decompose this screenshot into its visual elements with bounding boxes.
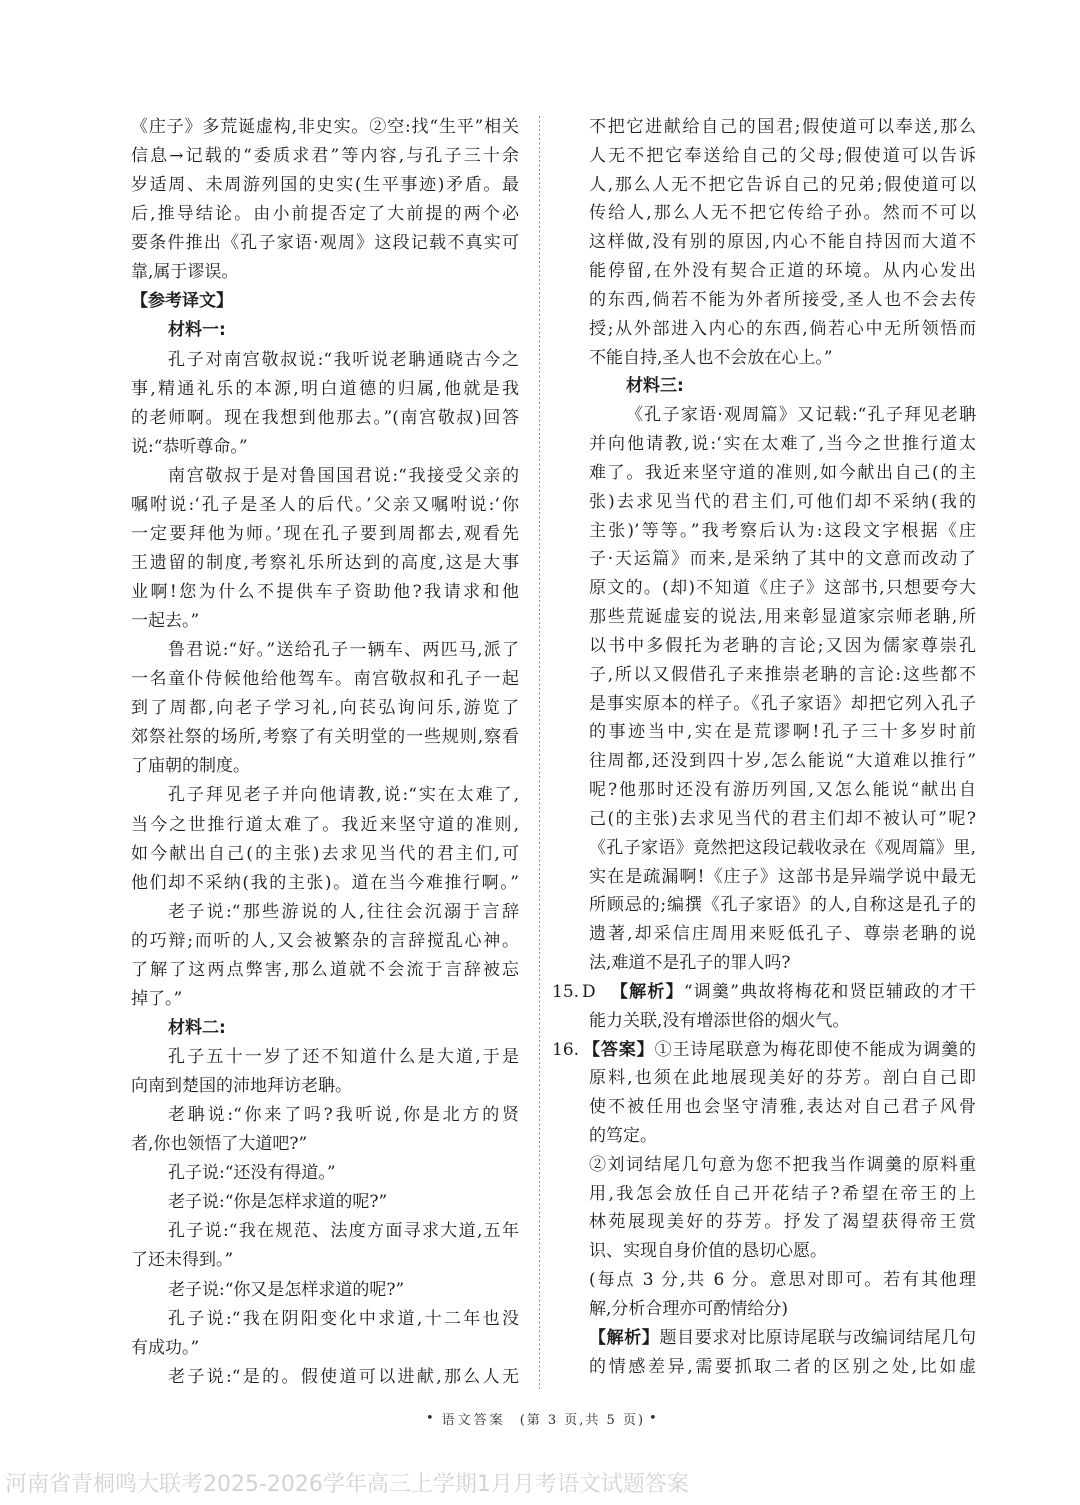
text-line: ①王诗尾联意为梅花即使不能成为调羹的 [655, 1040, 976, 1060]
material-2-paragraph: 孔子说:“还没有得道。” [131, 1159, 519, 1188]
text-line: 呢?他那时还没有游历列国,又怎么能说“献出自 [589, 776, 976, 805]
analysis-first-line: 【解析】题目要求对比原诗尾联与改编词结尾几句 [589, 1324, 976, 1353]
page-footer: • 语文答案 (第 3 页,共 5 页) • [426, 1408, 657, 1428]
text-line: 如今献出自己(的主张)去求见当代的君主们,可 [131, 840, 519, 869]
text-line: 靠,属于谬误。 [131, 258, 519, 287]
page-number: (第 3 页,共 5 页) [520, 1409, 645, 1428]
text-line: 授;从外部进入内心的东西,倘若心中无所领悟而 [589, 315, 976, 344]
text-line: 孔子五十一岁了还不知道什么是大道,于是 [131, 1043, 519, 1072]
scoring-note-line: 解,分析合理亦可酌情给分) [589, 1295, 976, 1324]
question-16: 16.【答案】①王诗尾联意为梅花即使不能成为调羹的 原料,也须在此地展现美好的芬… [589, 1036, 976, 1382]
text-line: 《孔子家语·观周篇》又记载:“孔子拜见老聃 [589, 401, 976, 430]
text-line: 老子说:“那些游说的人,往往会沉溺于言辞 [131, 898, 519, 927]
text-line: 张)去求见当代的君主们,可他们却不采纳(我的 [589, 488, 976, 517]
text-line: 不把它进献给自己的国君;假使道可以奉送,那么 [589, 113, 976, 142]
text-line: 孔子说:“还没有得道。” [131, 1159, 519, 1188]
material-2-paragraph: 老子说:“你是怎样求道的呢?” [131, 1188, 519, 1217]
watermark: 河南省青桐鸣大联考2025-2026学年高三上学期1月月考语文试题答案 [5, 1473, 689, 1497]
material-2-paragraph: 老子说:“是的。假使道可以进献,那么人无 [131, 1363, 519, 1392]
text-line: 所顾忌的;编撰《孔子家语》的人,自称这是孔子的 [589, 891, 976, 920]
text-line: 他们却不采纳(我的主张)。道在当今难推行啊。” [131, 869, 519, 898]
translation-heading: 【参考译文】 [131, 287, 519, 316]
question-15: 15.D【解析】“调羹”典故将梅花和贤臣辅政的才干 能力关联,没有增添世俗的烟火… [589, 978, 976, 1036]
text-line: 孔子说:“我在规范、法度方面寻求大道,五年 [131, 1217, 519, 1246]
text-line: 实在是疏漏啊!《庄子》这部书是异端学说中最无 [589, 863, 976, 892]
material-3-paragraph: 《孔子家语·观周篇》又记载:“孔子拜见老聃 并向他请教,说:‘实在太难了,当今之… [589, 401, 976, 978]
text-line: 事,精通礼乐的本源,明白道德的归属,他就是我 [131, 375, 519, 404]
text-line: 能停留,在外没有契合正道的环境。从内心发出 [589, 257, 976, 286]
material-1-paragraph: 老子说:“那些游说的人,往往会沉溺于言辞 的巧辩;而听的人,又会被繁杂的言辞搅乱… [131, 898, 519, 1014]
text-line: 一名童仆侍候他给他驾车。南宫敬叔和孔子一起 [131, 665, 519, 694]
text-line: 林苑展现美好的芬芳。抒发了渴望获得帝王赏 [589, 1208, 976, 1237]
text-line: 人,那么人无不把它告诉自己的兄弟;假使道可以 [589, 171, 976, 200]
text-line: 法,难道不是孔子的罪人吗? [589, 949, 976, 978]
text-line: 遗著,却采信庄周用来贬低孔子、尊崇老聃的说 [589, 920, 976, 949]
text-line: “调羹”典故将梅花和贤臣辅政的才干 [684, 982, 976, 1002]
text-line: 了庙朝的制度。 [131, 752, 519, 781]
text-line: 业啊!您为什么不提供车子资助他?我请求和他 [131, 578, 519, 607]
material-2-paragraph: 孔子说:“我在规范、法度方面寻求大道,五年 了还未得到。” [131, 1217, 519, 1275]
text-line: 人无不把它奉送给自己的父母;假使道可以告诉 [589, 142, 976, 171]
text-line: 郊祭社祭的场所,考察了有关明堂的一些规则,察看 [131, 723, 519, 752]
text-line: 题目要求对比原诗尾联与改编词结尾几句 [659, 1328, 976, 1348]
text-line: 的情感差异,需要抓取二者的区别之处,比如虚 [589, 1353, 976, 1382]
text-line: 到了周都,向老子学习礼,向苌弘询问乐,游览了 [131, 694, 519, 723]
text-line: 向南到楚国的沛地拜访老聃。 [131, 1072, 519, 1101]
text-line: 《庄子》多荒诞虚构,非史实。②空:找“生平”相关 [131, 113, 519, 142]
text-line: 说:“恭听尊命。” [131, 433, 519, 462]
answer-label: 【答案】 [582, 1040, 655, 1060]
text-line: 难了。我近来坚守道的准则,如今献出自己(的主 [589, 459, 976, 488]
material-1-heading: 材料一: [131, 316, 519, 345]
text-line: 己(的主张)去求见当代的君主们却不被认可”呢? [589, 805, 976, 834]
text-line: ②刘词结尾几句意为您不把我当作调羹的原料重 [589, 1151, 976, 1180]
text-line: 不能自持,圣人也不会放在心上。” [589, 344, 976, 373]
text-line: 的老师啊。现在我想到他那去。”(南宫敬叔)回答 [131, 404, 519, 433]
scoring-note-line: (每点 3 分,共 6 分。意思对即可。若有其他理 [589, 1266, 976, 1295]
text-line: 孔子对南宫敬叔说:“我听说老聃通晓古今之 [131, 346, 519, 375]
text-line: 老子说:“你又是怎样求道的呢?” [131, 1276, 519, 1305]
text-line: 的笃定。 [589, 1122, 976, 1151]
material-1-paragraph: 南宫敬叔于是对鲁国国君说:“我接受父亲的 嘱咐说:‘孔子是圣人的后代。’父亲又嘱… [131, 462, 519, 636]
text-line: 识、实现自身价值的恳切心愿。 [589, 1237, 976, 1266]
text-line: 的东西,倘若不能为外者所接受,圣人也不会去传 [589, 286, 976, 315]
text-line: 信息→记载的“委质求君”等内容,与孔子三十余 [131, 142, 519, 171]
text-line: 并向他请教,说:‘实在太难了,当今之世推行道太 [589, 430, 976, 459]
text-line: 南宫敬叔于是对鲁国国君说:“我接受父亲的 [131, 462, 519, 491]
analysis-label: 【解析】 [610, 982, 684, 1002]
material-1-paragraph: 孔子对南宫敬叔说:“我听说老聃通晓古今之 事,精通礼乐的本源,明白道德的归属,他… [131, 346, 519, 462]
material-1-paragraph: 鲁君说:“好。”送给孔子一辆车、两匹马,派了 一名童仆侍候他给他驾车。南宫敬叔和… [131, 636, 519, 781]
text-line: 老聃说:“你来了吗?我听说,你是北方的贤 [131, 1101, 519, 1130]
material-2-heading: 材料二: [131, 1014, 519, 1043]
text-line: 用,我怎会放任自己开花结子?希望在帝王的上 [589, 1180, 976, 1209]
question-16-first-line: 16.【答案】①王诗尾联意为梅花即使不能成为调羹的 [552, 1036, 976, 1065]
answer-choice: D [582, 982, 596, 1002]
text-line: 岁适周、未周游列国的史实(生平事迹)矛盾。最 [131, 171, 519, 200]
material-2-paragraph: 老子说:“你又是怎样求道的呢?” [131, 1276, 519, 1305]
material-2-paragraph: 孔子说:“我在阴阳变化中求道,十二年也没 有成功。” [131, 1305, 519, 1363]
text-line: 那些荒诞虚妄的说法,用来彰显道家宗师老聃,所 [589, 603, 976, 632]
text-line: 有成功。” [131, 1334, 519, 1363]
text-line: 鲁君说:“好。”送给孔子一辆车、两匹马,派了 [131, 636, 519, 665]
text-line: 《孔子家语》竟然把这段记载收录在《观周篇》里, [589, 834, 976, 863]
text-line: 原文的。(却)不知道《庄子》这部书,只想要夸大 [589, 574, 976, 603]
text-line: 主张)’等等。”我考察后认为:这段文字根据《庄 [589, 517, 976, 546]
text-line: 使不被任用也会坚守清雅,表达对自己君子风骨 [589, 1093, 976, 1122]
text-line: 一定要拜他为师。’现在孔子要到周都去,观看先 [131, 520, 519, 549]
text-line: 了解了这两点弊害,那么道就不会流于言辞被忘 [131, 956, 519, 985]
text-line: 以书中多假托为老聃的言论;又因为儒家尊崇孔 [589, 632, 976, 661]
text-line: 往周都,还没到四十岁,怎么能说“大道难以推行” [589, 747, 976, 776]
text-line: 要条件推出《孔子家语·观周》这段记载不真实可 [131, 229, 519, 258]
footer-subject: 语文答案 [442, 1409, 506, 1428]
analysis-label: 【解析】 [589, 1328, 659, 1348]
material-2-paragraph: 老聃说:“你来了吗?我听说,你是北方的贤 者,你也领悟了大道吧?” [131, 1101, 519, 1159]
question-15-first-line: 15.D【解析】“调羹”典故将梅花和贤臣辅政的才干 [552, 978, 976, 1007]
text-line: 能力关联,没有增添世俗的烟火气。 [589, 1007, 976, 1036]
text-line: 当今之世推行道太难了。我近来坚守道的准则, [131, 811, 519, 840]
material-2-paragraph-continued: 不把它进献给自己的国君;假使道可以奉送,那么 人无不把它奉送给自己的父母;假使道… [589, 113, 976, 372]
text-line: 子·天运篇》而来,是采纳了其中的文意而改动了 [589, 545, 976, 574]
left-column: 《庄子》多荒诞虚构,非史实。②空:找“生平”相关 信息→记载的“委质求君”等内容… [131, 113, 519, 1392]
text-line: 孔子说:“我在阴阳变化中求道,十二年也没 [131, 1305, 519, 1334]
question-number: 16. [552, 1040, 579, 1060]
text-line: 后,推导结论。由小前提否定了大前提的两个必 [131, 200, 519, 229]
text-line: 的巧辩;而听的人,又会被繁杂的言辞搅乱心神。 [131, 927, 519, 956]
text-line: 子,所以又假借孔子来推崇老聃的言论:这些都不 [589, 661, 976, 690]
material-1-paragraph: 孔子拜见老子并向他请教,说:“实在太难了, 当今之世推行道太难了。我近来坚守道的… [131, 781, 519, 897]
right-column: 不把它进献给自己的国君;假使道可以奉送,那么 人无不把它奉送给自己的父母;假使道… [589, 113, 976, 1381]
text-line: 的事迹当中,实在是荒谬啊!孔子三十多岁时前 [589, 718, 976, 747]
bullet-icon: • [649, 1411, 657, 1426]
text-line: 这样做,没有别的原因,内心不能自持因而大道不 [589, 228, 976, 257]
text-line: 孔子拜见老子并向他请教,说:“实在太难了, [131, 781, 519, 810]
text-line: 老子说:“是的。假使道可以进献,那么人无 [131, 1363, 519, 1392]
text-line: 传给人,那么人无不把它传给子孙。然而不可以 [589, 199, 976, 228]
text-line: 嘱咐说:‘孔子是圣人的后代。’父亲又嘱咐说:‘你 [131, 491, 519, 520]
analysis-continuation: 《庄子》多荒诞虚构,非史实。②空:找“生平”相关 信息→记载的“委质求君”等内容… [131, 113, 519, 287]
text-line: 原料,也须在此地展现美好的芬芳。剖白自己即 [589, 1064, 976, 1093]
text-line: 老子说:“你是怎样求道的呢?” [131, 1188, 519, 1217]
material-3-heading: 材料三: [589, 372, 976, 401]
text-line: 者,你也领悟了大道吧?” [131, 1130, 519, 1159]
text-line: 是事实原本的样子。《孔子家语》却把它列入孔子 [589, 690, 976, 719]
bullet-icon: • [426, 1411, 434, 1426]
question-number: 15. [552, 982, 579, 1002]
text-line: 了还未得到。” [131, 1246, 519, 1275]
text-line: 掉了。” [131, 985, 519, 1014]
text-line: 一起去。” [131, 607, 519, 636]
column-divider [539, 116, 540, 1389]
material-2-paragraph: 孔子五十一岁了还不知道什么是大道,于是 向南到楚国的沛地拜访老聃。 [131, 1043, 519, 1101]
text-line: 王遗留的制度,考察礼乐所达到的高度,这是大事 [131, 549, 519, 578]
